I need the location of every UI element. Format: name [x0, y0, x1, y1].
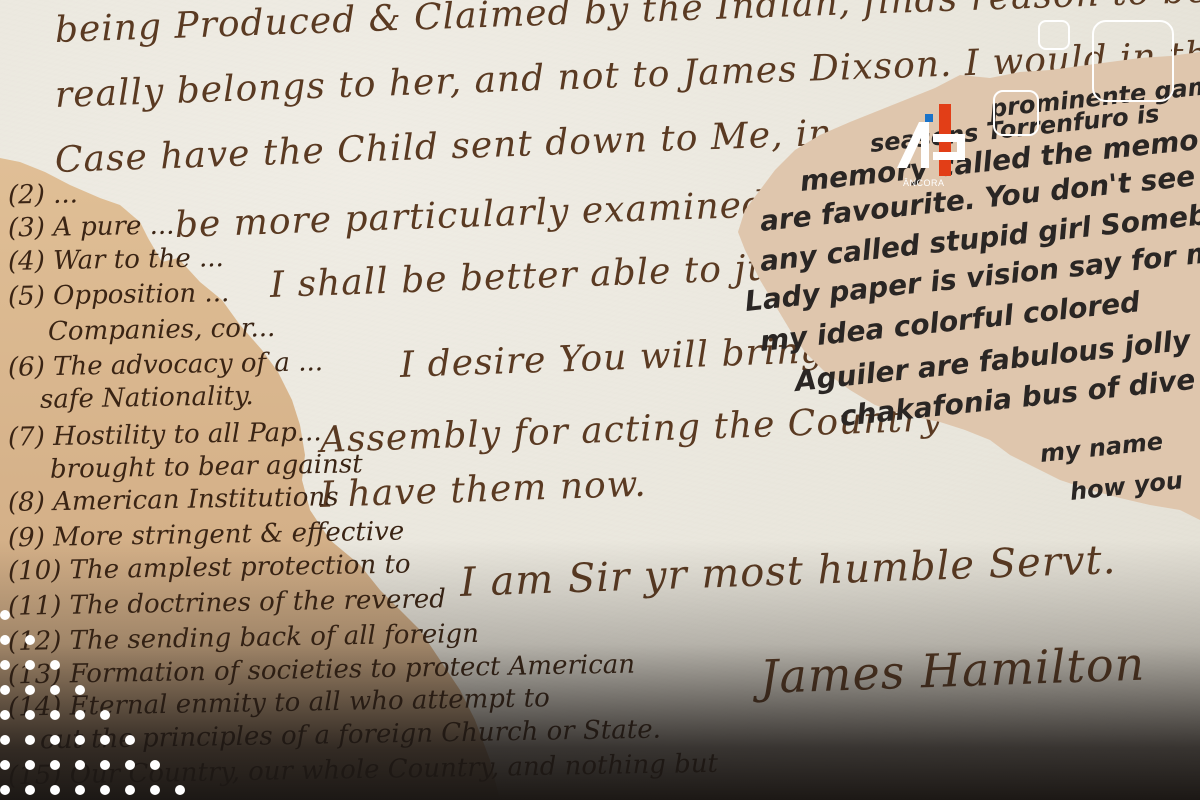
decorative-frame — [1038, 20, 1070, 50]
dot — [25, 760, 35, 770]
dot — [0, 785, 10, 795]
dot — [0, 635, 10, 645]
dot — [50, 660, 60, 670]
dot — [50, 735, 60, 745]
decorative-frame — [1092, 20, 1174, 102]
dot — [0, 610, 10, 620]
dot — [100, 735, 110, 745]
dot — [50, 785, 60, 795]
banner-canvas: being Produced & Claimed by the Indian, … — [0, 0, 1200, 800]
dot — [125, 735, 135, 745]
dot — [25, 785, 35, 795]
dot — [0, 760, 10, 770]
dot — [150, 760, 160, 770]
decorative-frame — [993, 90, 1039, 136]
dot — [50, 710, 60, 720]
logo-wordmark: ÂNCORA — [903, 178, 945, 188]
dot — [75, 760, 85, 770]
dot — [0, 735, 10, 745]
dot — [50, 685, 60, 695]
dot — [25, 710, 35, 720]
dot — [75, 785, 85, 795]
dot — [100, 710, 110, 720]
dot — [125, 785, 135, 795]
dot — [75, 735, 85, 745]
dot — [0, 685, 10, 695]
dot — [175, 785, 185, 795]
ancora-logo-icon — [893, 100, 973, 180]
dot — [25, 635, 35, 645]
dot — [75, 685, 85, 695]
dot — [25, 735, 35, 745]
dot — [150, 785, 160, 795]
dot — [50, 760, 60, 770]
dot — [0, 710, 10, 720]
dot — [75, 710, 85, 720]
dot — [100, 760, 110, 770]
dot — [125, 760, 135, 770]
dot — [100, 785, 110, 795]
dot — [0, 660, 10, 670]
dot — [25, 685, 35, 695]
dot — [25, 660, 35, 670]
bottom-gradient — [0, 540, 1200, 800]
